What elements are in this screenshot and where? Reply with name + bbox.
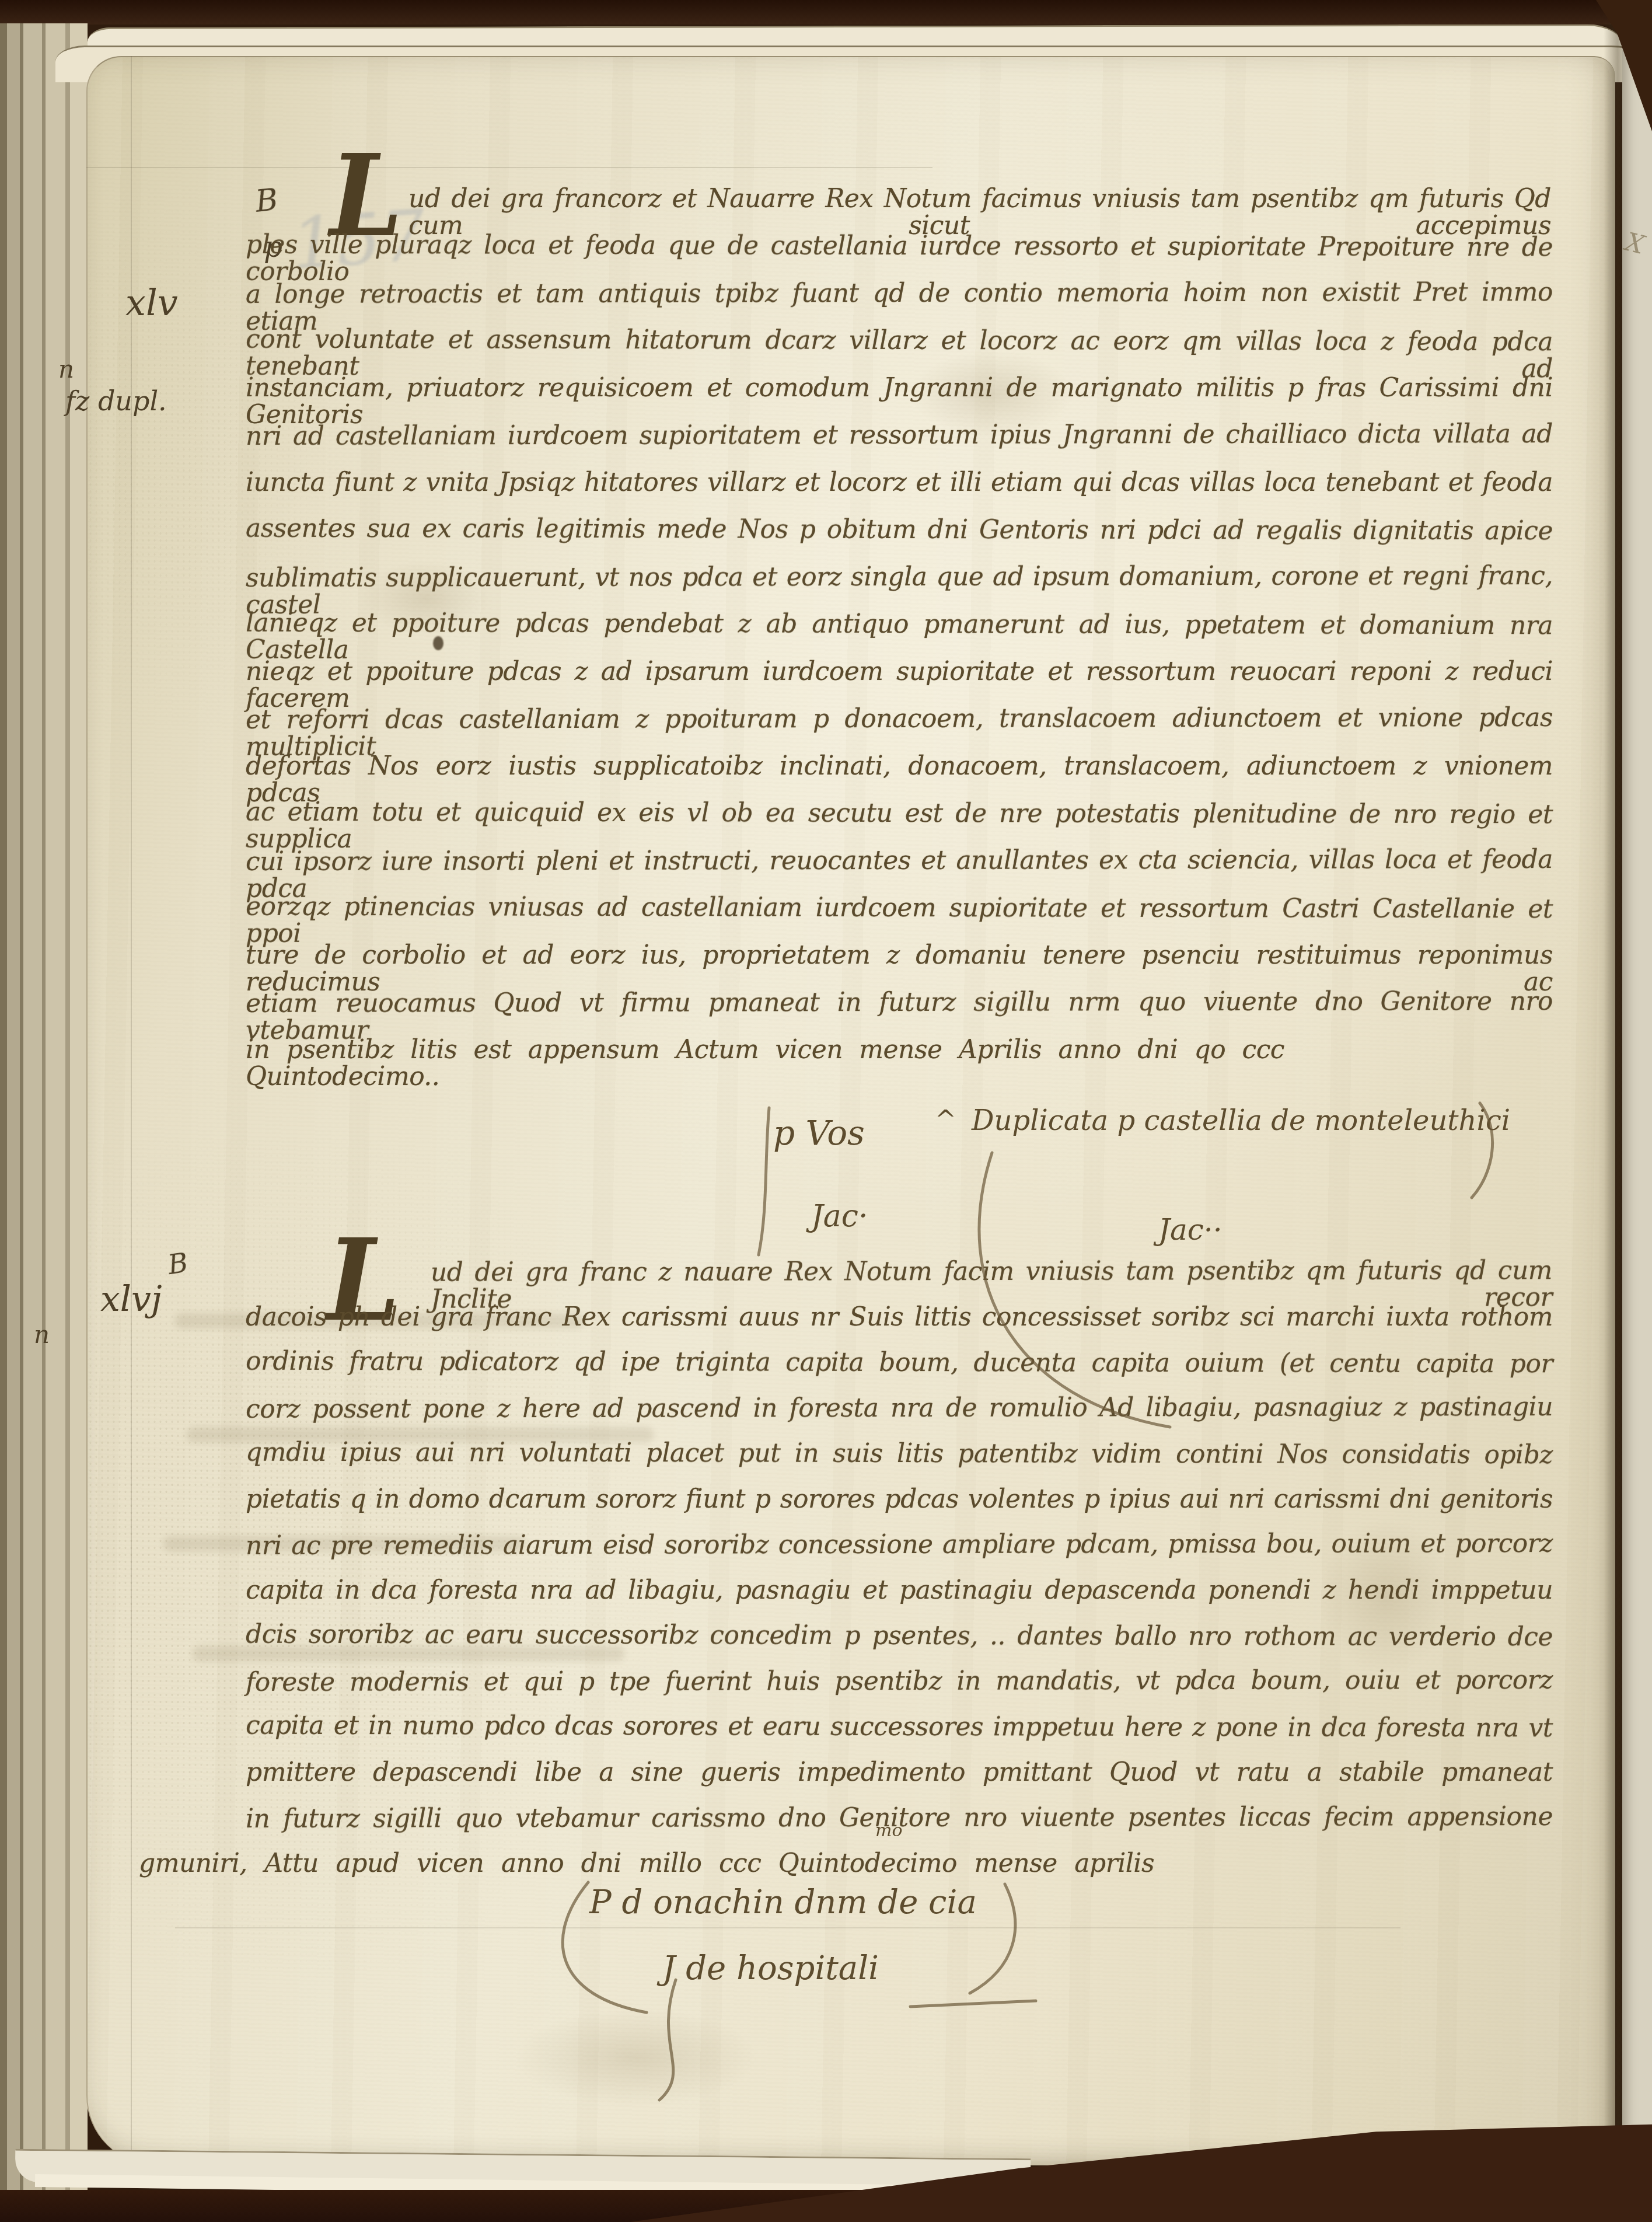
pen-flourishes bbox=[0, 0, 1652, 2222]
facing-page-sliver bbox=[1622, 23, 1652, 2192]
manuscript-photo: { "manuscript": { "ink_color": "#5a4a2c"… bbox=[0, 0, 1652, 2222]
